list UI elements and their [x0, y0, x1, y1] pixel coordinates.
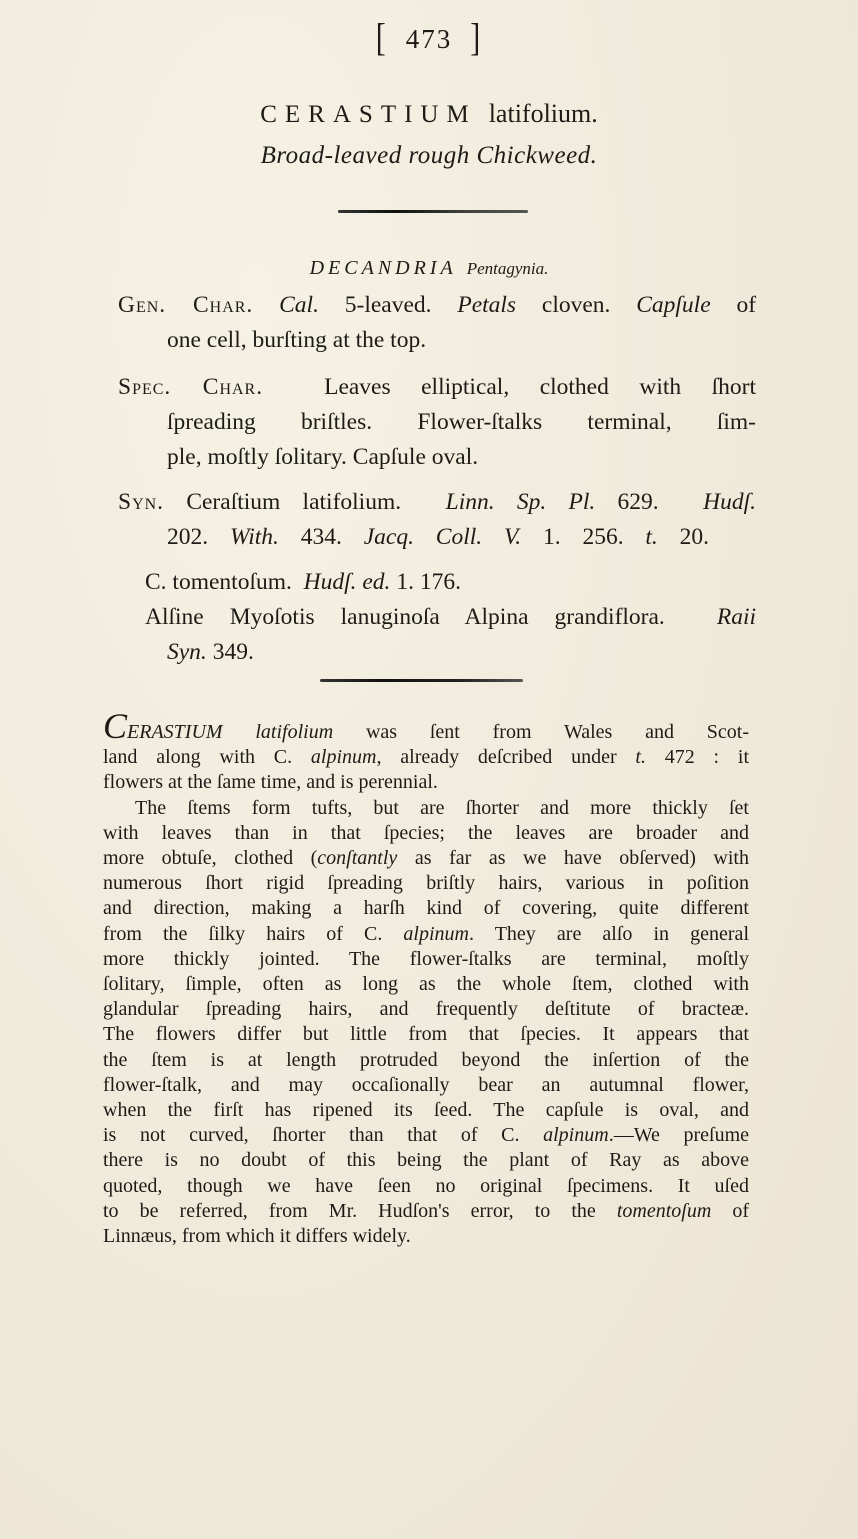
divider-rule — [320, 679, 523, 682]
body-line: Linnæus, from which it differs widely. — [103, 1224, 749, 1249]
spec-char-label: Spec. Char. — [118, 374, 263, 400]
text-run: more obtuſe, clothed ( — [103, 847, 317, 869]
text-run: 5-leaved. — [319, 292, 457, 318]
text-run: . They are alſo in general — [469, 923, 749, 945]
syn-line: Syn. 349. — [118, 635, 756, 670]
text-run: 434. — [301, 524, 342, 550]
ref-italic: Raii — [717, 604, 756, 630]
text-run: 472 : it — [646, 746, 749, 768]
text-run: is not curved, ſhorter than that of C. — [103, 1124, 543, 1146]
genus-italic: ERASTIUM — [127, 721, 223, 743]
text-run: cloven. — [516, 292, 636, 318]
body-line: from the ſilky hairs of C. alpinum. They… — [103, 922, 749, 947]
species-title: CERASTIUMlatifolium. — [0, 98, 858, 129]
specific-character: Spec. Char. Leaves elliptical, clothed w… — [118, 370, 756, 475]
ref-italic: Petals — [457, 292, 516, 318]
synonymy: Syn. Ceraſtium latifolium. Linn. Sp. Pl.… — [118, 485, 756, 670]
generic-character: Gen. Char. Cal. 5-leaved. Petals cloven.… — [118, 288, 756, 358]
ref-italic: t. — [635, 746, 646, 768]
text-run: Alſine Myoſotis lanuginoſa Alpina grandi… — [145, 604, 665, 630]
text-run: of — [711, 292, 756, 318]
right-bracket: ] — [470, 17, 482, 61]
text-run: 202. — [167, 524, 208, 550]
drop-cap: C — [103, 706, 127, 746]
text-run: Ceraſtium latifolium. — [186, 489, 401, 515]
text-run: 20. — [680, 524, 709, 550]
text-run: Leaves elliptical, clothed with ſhort — [324, 374, 756, 400]
body-line: land along with C. alpinum, already deſc… — [103, 745, 749, 770]
text-run: 349. — [213, 639, 254, 665]
spec-char-line: ſpreading briſtles. Flower-ſtalks termin… — [118, 405, 756, 440]
syn-line: C. tomentoſum. Hudſ. ed. 1. 176. — [118, 565, 756, 600]
species-italic: alpinum — [403, 923, 469, 945]
text-run: of — [711, 1200, 749, 1222]
syn-label: Syn. — [118, 489, 164, 515]
species-italic: latifolium — [255, 721, 333, 743]
text-run: 1. 176. — [396, 569, 461, 595]
spec-char-line: Spec. Char. Leaves elliptical, clothed w… — [118, 370, 756, 405]
species-italic: tomentoſum — [617, 1200, 711, 1222]
body-line: numerous ſhort rigid ſpreading briſtly h… — [103, 871, 749, 896]
ref-italic: Capſule — [636, 292, 710, 318]
body-line: ſolitary, ſimple, often as long as the w… — [103, 972, 749, 997]
body-line: The ſtems form tufts, but are ſhorter an… — [103, 796, 749, 821]
body-line: is not curved, ſhorter than that of C. a… — [103, 1123, 749, 1148]
page-number-value: 473 — [406, 24, 453, 55]
body-line: CERASTIUM latifolium was ſent from Wales… — [103, 716, 749, 745]
body-line: flower-ſtalk, and may occaſionally bear … — [103, 1073, 749, 1098]
species-italic: alpinum — [543, 1124, 609, 1146]
species-italic: alpinum — [311, 746, 377, 768]
ref-italic: Cal. — [279, 292, 319, 318]
body-line: quoted, though we have ſeen no original … — [103, 1174, 749, 1199]
divider-rule — [338, 210, 528, 213]
body-line: The flowers differ but little from that … — [103, 1022, 749, 1047]
page-number: [473] — [0, 22, 858, 56]
body-line: flowers at the ſame time, and is perenni… — [103, 770, 749, 795]
species-name: latifolium. — [489, 99, 598, 128]
spec-char-line: ple, moſtly ſolitary. Capſule oval. — [118, 440, 756, 475]
ref-italic: Hudſ. ed. — [304, 569, 391, 595]
text-run: to be referred, from Mr. Hudſon's error,… — [103, 1200, 617, 1222]
text-run: from the ſilky hairs of C. — [103, 923, 403, 945]
ref-italic: With. — [230, 524, 279, 550]
body-line: when the firſt has ripened its ſeed. The… — [103, 1098, 749, 1123]
emphasis-italic: conſtantly — [317, 847, 397, 869]
body-line: and direction, making a harſh kind of co… — [103, 896, 749, 921]
ref-italic: t. — [645, 524, 657, 550]
text-run: 629. — [618, 489, 659, 515]
body-line: the ſtem is at length protruded beyond t… — [103, 1048, 749, 1073]
linnaean-order: Pentagynia. — [467, 259, 549, 278]
text-run: C. tomentoſum. — [145, 569, 292, 595]
text-run: as far as we have obſerved) with — [397, 847, 749, 869]
body-line: to be referred, from Mr. Hudſon's error,… — [103, 1199, 749, 1224]
body-line: with leaves than in that ſpecies; the le… — [103, 821, 749, 846]
gen-char-label: Gen. Char. — [118, 292, 253, 318]
ref-italic: Hudſ. — [703, 489, 756, 515]
gen-char-line: Gen. Char. Cal. 5-leaved. Petals cloven.… — [118, 288, 756, 323]
common-name: Broad-leaved rough Chickweed. — [0, 142, 858, 170]
syn-line: 202. With. 434. Jacq. Coll. V. 1. 256. t… — [118, 520, 709, 555]
body-line: more obtuſe, clothed (conſtantly as far … — [103, 846, 749, 871]
ref-italic: Syn. — [167, 639, 207, 665]
description-body: CERASTIUM latifolium was ſent from Wales… — [103, 716, 749, 1249]
text-run: land along with C. — [103, 746, 311, 768]
ref-italic: Linn. Sp. Pl. — [446, 489, 596, 515]
text-run: was ſent from Wales and Scot- — [333, 721, 749, 743]
syn-line: Alſine Myoſotis lanuginoſa Alpina grandi… — [118, 600, 756, 635]
syn-line: Syn. Ceraſtium latifolium. Linn. Sp. Pl.… — [118, 485, 756, 520]
linnaean-class: DECANDRIA — [310, 257, 457, 279]
text-run: 1. 256. — [543, 524, 624, 550]
ref-italic: Jacq. Coll. V. — [364, 524, 521, 550]
text-run: .—We preſume — [609, 1124, 749, 1146]
genus-name: CERASTIUM — [260, 101, 476, 128]
body-line: more thickly jointed. The flower-ſtalks … — [103, 947, 749, 972]
classification-line: DECANDRIAPentagynia. — [0, 257, 858, 280]
gen-char-line: one cell, burſting at the top. — [118, 323, 756, 358]
left-bracket: [ — [376, 17, 388, 61]
text-run: , already deſcribed under — [376, 746, 635, 768]
body-line: glandular ſpreading hairs, and frequentl… — [103, 997, 749, 1022]
body-line: there is no doubt of this being the plan… — [103, 1148, 749, 1173]
